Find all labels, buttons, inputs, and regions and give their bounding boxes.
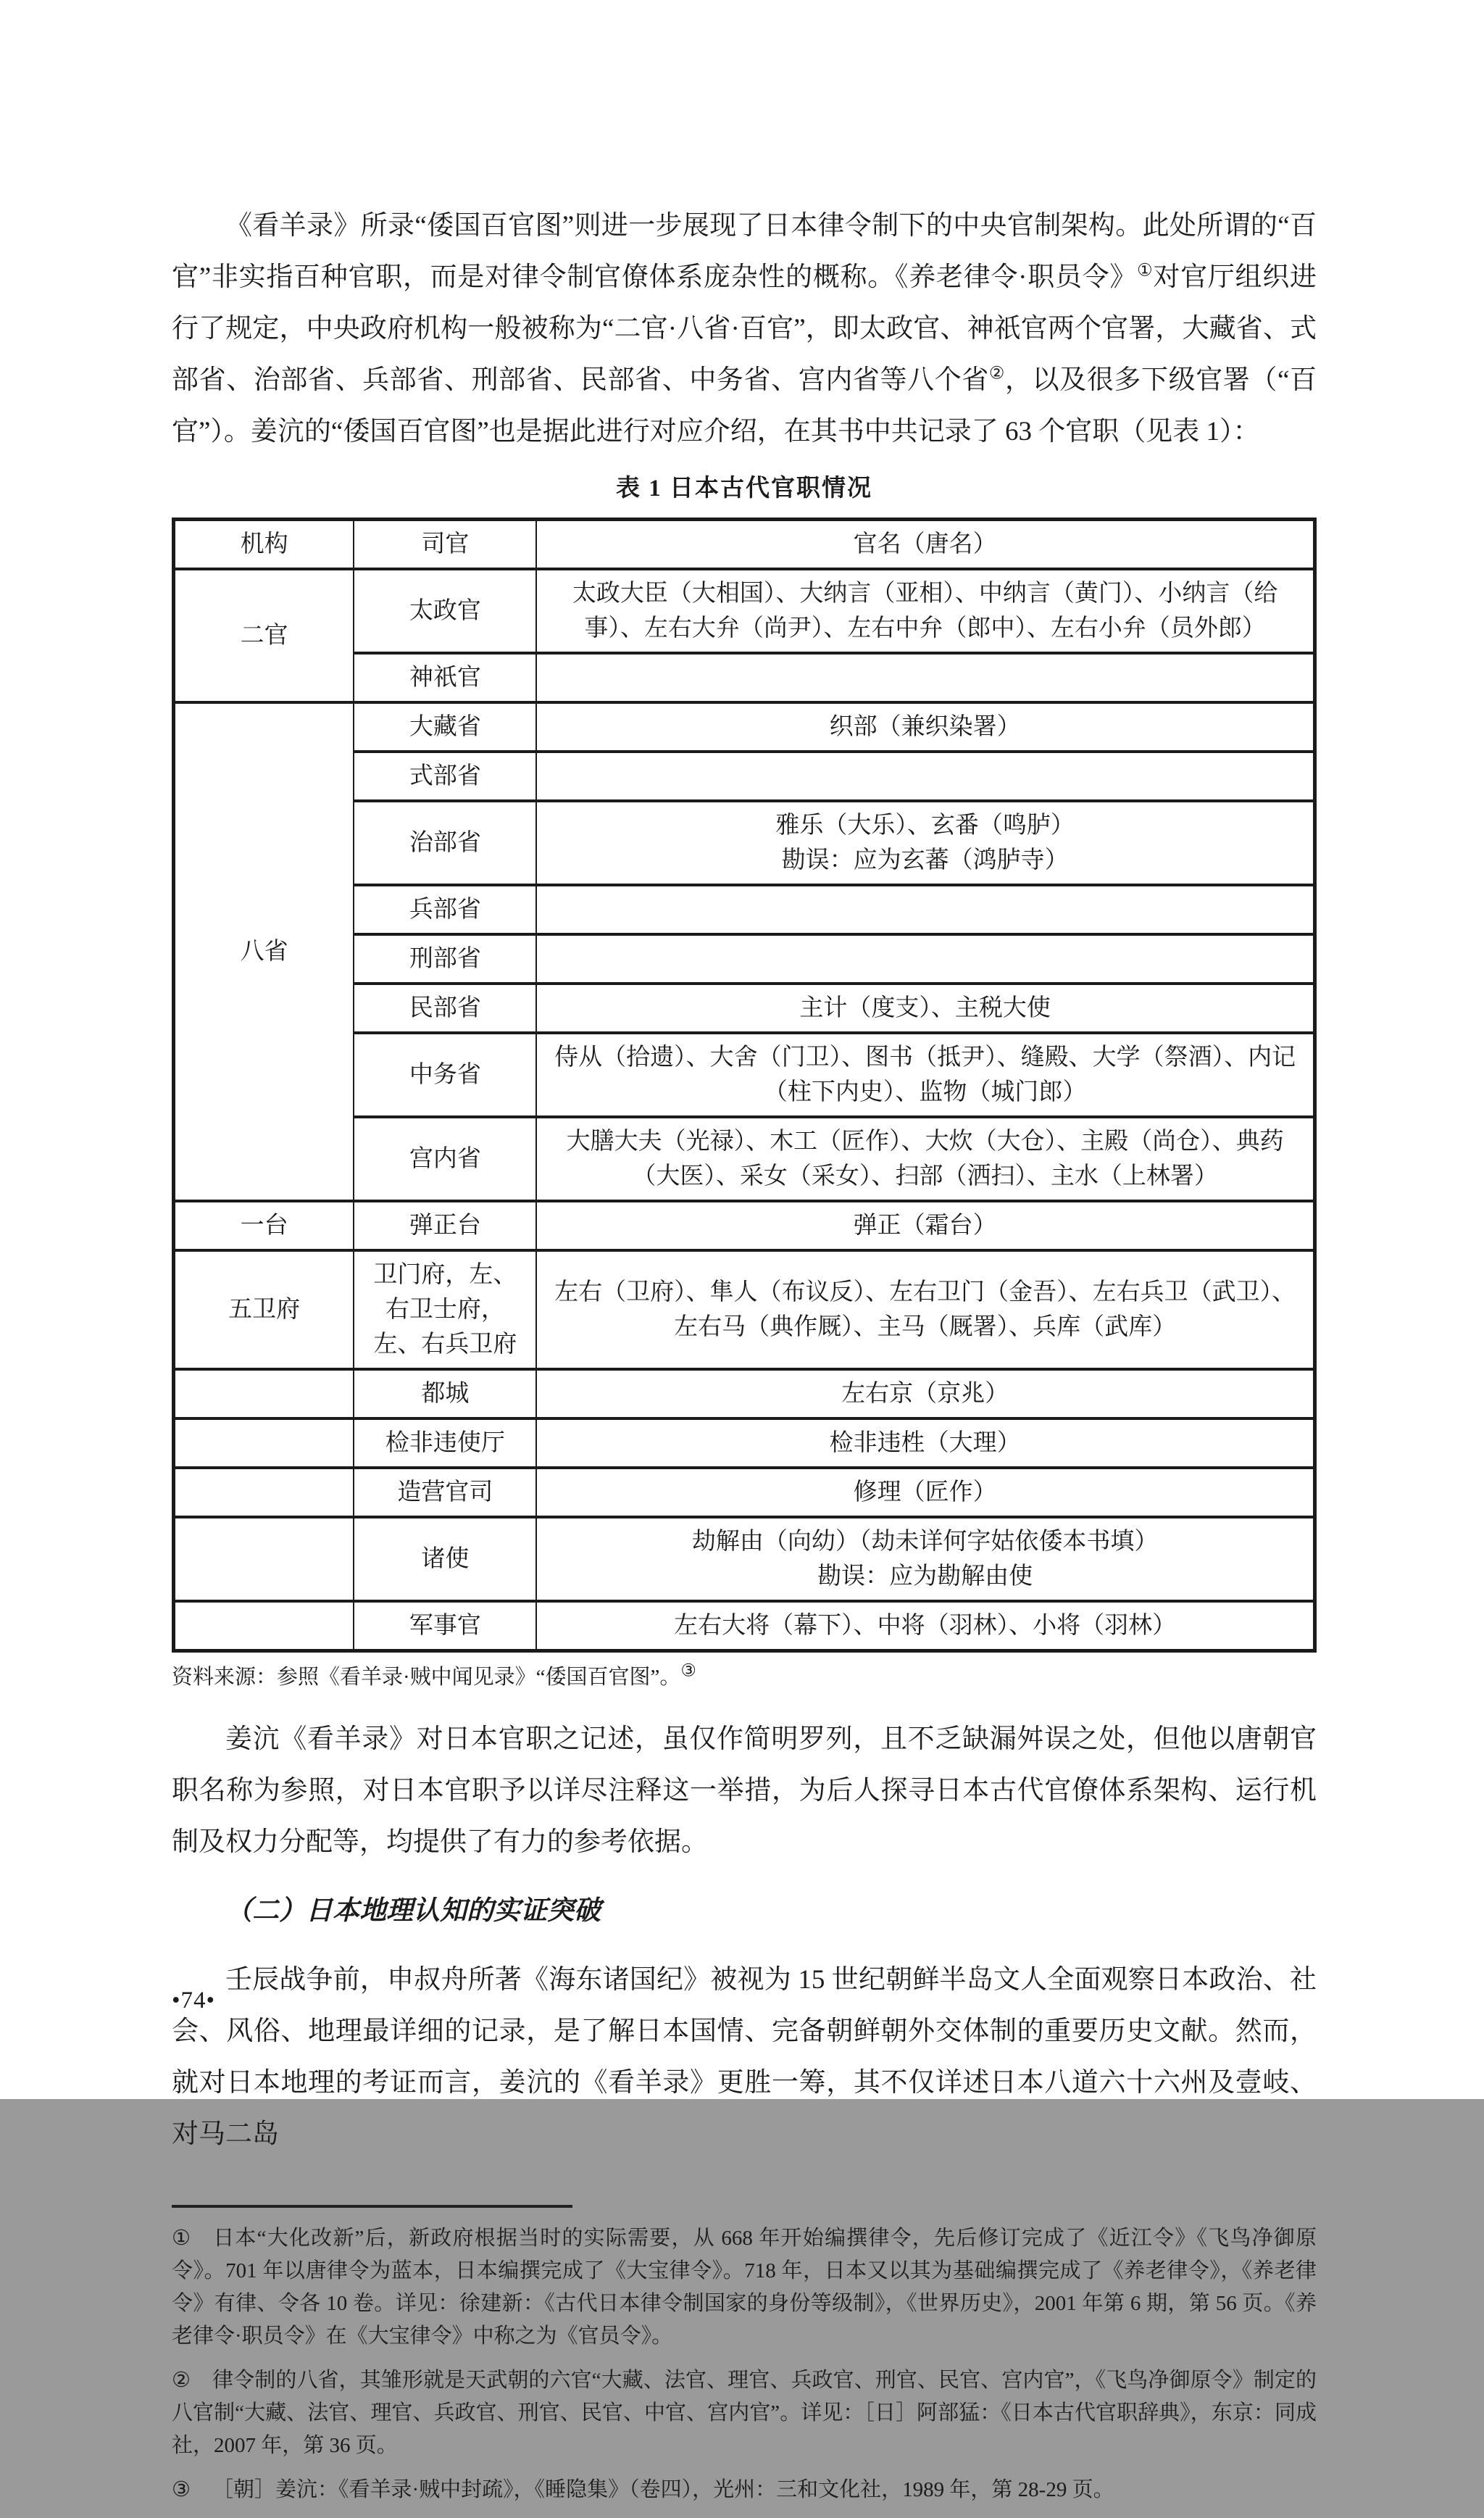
footnote-ref-1: ① [1137,262,1153,281]
paragraph-1: 《看羊录》所录“倭国百官图”则进一步展现了日本律令制下的中央官制架构。此处所谓的… [172,200,1317,457]
org-cell: 二官 [174,569,354,702]
officials-cell: 大膳大夫（光禄）、木工（匠作）、大炊（大仓）、主殿（尚仓）、典药（大医）、采女（… [536,1117,1314,1201]
org-cell: 八省 [174,702,354,1201]
officials-line-1: 劫解由（向幼）（劫未详何字姑依倭本书填） [547,1524,1303,1559]
officials-line-1: 雅乐（大乐）、玄番（鸣胪） [547,808,1303,843]
table-row: 诸使 劫解由（向幼）（劫未详何字姑依倭本书填） 勘误：应为勘解由使 [174,1517,1315,1601]
officials-cell: 左右京（京兆） [536,1369,1314,1418]
officials-cell: 左右（卫府）、隼人（布议反）、左右卫门（金吾）、左右兵卫（武卫）、左右马（典作厩… [536,1250,1314,1369]
dept-cell: 兵部省 [354,885,536,934]
page-number: •74• [172,1987,215,2014]
dept-cell: 式部省 [354,752,536,801]
officials-cell [536,752,1314,801]
header-officials: 官名（唐名） [536,520,1314,570]
officials-cell: 主计（度支）、主税大使 [536,984,1314,1033]
table-header-row: 机构 司官 官名（唐名） [174,520,1315,570]
footnote-2-text: 律令制的八省，其雏形就是天武朝的六官“大藏、法官、理官、兵政官、刑官、民官、宫内… [172,2369,1317,2457]
officials-cell: 雅乐（大乐）、玄番（鸣胪） 勘误：应为玄蕃（鸿胪寺） [536,801,1314,885]
dept-cell: 刑部省 [354,934,536,984]
footnote-1-text: 日本“大化改新”后，新政府根据当时的实际需要，从 668 年开始编撰律令，先后修… [172,2227,1317,2348]
header-org: 机构 [174,520,354,570]
footnote-separator [172,2205,572,2208]
footnote-ref-3: ③ [680,1661,696,1680]
dept-cell: 治部省 [354,801,536,885]
table-row: 一台 弹正台 弹正（霜台） [174,1201,1315,1250]
table-title: 表 1 日本古代官职情况 [172,469,1317,503]
org-cell [174,1369,354,1418]
table-row: 八省 大藏省 织部（兼织染署） [174,702,1315,752]
org-cell [174,1601,354,1651]
paragraph-3: 壬辰战争前，申叔舟所著《海东诸国纪》被视为 15 世纪朝鲜半岛文人全面观察日本政… [172,1954,1317,2160]
dept-cell: 都城 [354,1369,536,1418]
table-source-note: 资料来源：参照《看羊录·贼中闻见录》“倭国百官图”。③ [172,1661,1317,1693]
dept-cell: 民部省 [354,984,536,1033]
footnote-2-marker: ② [172,2369,191,2392]
officials-cell: 劫解由（向幼）（劫未详何字姑依倭本书填） 勘误：应为勘解由使 [536,1517,1314,1601]
dept-cell: 造营官司 [354,1468,536,1517]
dept-cell: 神祇官 [354,653,536,702]
footnote-3: ③［朝］姜沆：《看羊录·贼中封疏》，《睡隐集》（卷四），光州：三和文化社，198… [172,2474,1317,2506]
table-row: 造营官司 修理（匠作） [174,1468,1315,1517]
org-cell [174,1468,354,1517]
org-cell [174,1418,354,1468]
source-text: 资料来源：参照《看羊录·贼中闻见录》“倭国百官图”。 [172,1666,680,1689]
table-row: 二官 太政官 太政大臣（大相国）、大纳言（亚相）、中纳言（黄门）、小纳言（给事）… [174,569,1315,653]
page-content: 《看羊录》所录“倭国百官图”则进一步展现了日本律令制下的中央官制架构。此处所谓的… [172,0,1317,2518]
officials-cell: 左右大将（幕下）、中将（羽林）、小将（羽林） [536,1601,1314,1651]
header-dept: 司官 [354,520,536,570]
footnote-1-marker: ① [172,2227,191,2250]
footnotes-section: ①日本“大化改新”后，新政府根据当时的实际需要，从 668 年开始编撰律令，先后… [172,2222,1317,2506]
table-row: 检非违使厅 检非违栍（大理） [174,1418,1315,1468]
org-cell [174,1517,354,1601]
paragraph-2: 姜沆《看羊录》对日本官职之记述，虽仅作简明罗列，且不乏缺漏舛误之处，但他以唐朝官… [172,1713,1317,1868]
officials-cell [536,653,1314,702]
dept-cell: 大藏省 [354,702,536,752]
footnote-1: ①日本“大化改新”后，新政府根据当时的实际需要，从 668 年开始编撰律令，先后… [172,2222,1317,2353]
footnote-3-marker: ③ [172,2478,191,2501]
officials-cell: 太政大臣（大相国）、大纳言（亚相）、中纳言（黄门）、小纳言（给事）、左右大弁（尚… [536,569,1314,653]
officials-line-2: 勘误：应为玄蕃（鸿胪寺） [547,843,1303,878]
dept-cell: 太政官 [354,569,536,653]
dept-cell: 宫内省 [354,1117,536,1201]
dept-cell: 弹正台 [354,1201,536,1250]
officials-cell: 弹正（霜台） [536,1201,1314,1250]
dept-cell: 诸使 [354,1517,536,1601]
officials-cell [536,934,1314,984]
document-page: 《看羊录》所录“倭国百官图”则进一步展现了日本律令制下的中央官制架构。此处所谓的… [0,0,1484,2099]
dept-cell: 中务省 [354,1033,536,1117]
table-row: 五卫府 卫门府，左、右卫士府，左、右兵卫府 左右（卫府）、隼人（布议反）、左右卫… [174,1250,1315,1369]
table-row: 都城 左右京（京兆） [174,1369,1315,1418]
officials-cell: 检非违栍（大理） [536,1418,1314,1468]
footnote-3-text: ［朝］姜沆：《看羊录·贼中封疏》，《睡隐集》（卷四），光州：三和文化社，1989… [212,2478,1114,2501]
table-row: 军事官 左右大将（幕下）、中将（羽林）、小将（羽林） [174,1601,1315,1651]
officials-table: 机构 司官 官名（唐名） 二官 太政官 太政大臣（大相国）、大纳言（亚相）、中纳… [172,518,1317,1653]
dept-cell: 检非违使厅 [354,1418,536,1468]
dept-cell: 军事官 [354,1601,536,1651]
officials-cell: 侍从（拾遗）、大舍（门卫）、图书（抵尹）、缝殿、大学（祭酒）、内记（柱下内史）、… [536,1033,1314,1117]
officials-cell: 修理（匠作） [536,1468,1314,1517]
officials-line-2: 勘误：应为勘解由使 [547,1559,1303,1594]
officials-cell: 织部（兼织染署） [536,702,1314,752]
dept-cell: 卫门府，左、右卫士府，左、右兵卫府 [354,1250,536,1369]
section-heading: （二）日本地理认知的实证突破 [172,1885,1317,1937]
footnote-2: ②律令制的八省，其雏形就是天武朝的六官“大藏、法官、理官、兵政官、刑官、民官、宫… [172,2364,1317,2462]
org-cell: 一台 [174,1201,354,1250]
footnote-ref-2: ② [989,365,1005,383]
officials-cell [536,885,1314,934]
org-cell: 五卫府 [174,1250,354,1369]
